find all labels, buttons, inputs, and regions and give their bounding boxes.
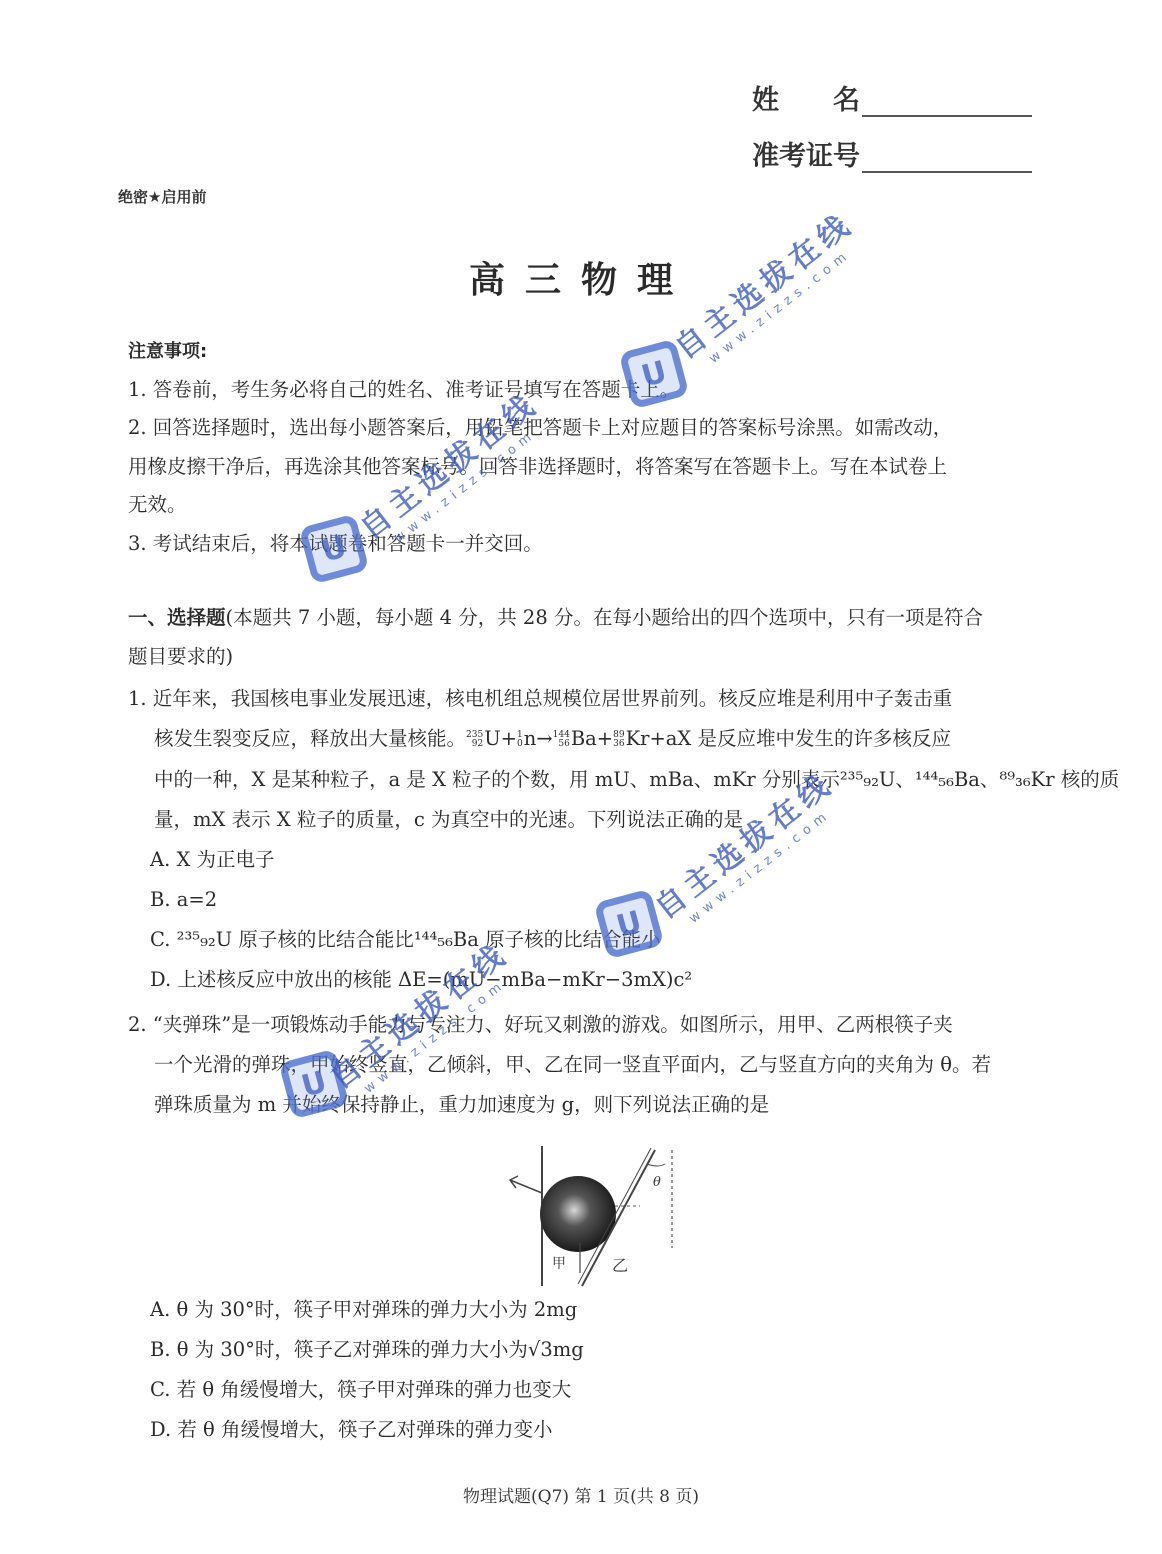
- notice-item-2-cont: 用橡皮擦干净后，再选涂其他答案标号。回答非选择题时，将答案写在答题卡上。写在本试…: [128, 455, 947, 479]
- notice-item-3: 3. 考试结束后，将本试题卷和答题卡一并交回。: [128, 532, 543, 556]
- marble: [540, 1176, 616, 1252]
- nuclide-ba: 14456: [553, 731, 570, 749]
- q1-stem-text: 核发生裂变反应，释放出大量核能。: [154, 727, 466, 750]
- label-jia: 甲: [552, 1256, 566, 1272]
- q2-option-d[interactable]: D. 若 θ 角缓慢增大，筷子乙对弹珠的弹力变小: [150, 1418, 552, 1442]
- nuclide-kr: 8936: [613, 731, 624, 749]
- q2-option-a[interactable]: A. θ 为 30°时，筷子甲对弹珠的弹力大小为 2mg: [150, 1298, 577, 1322]
- marble-chopsticks-figure: θ 甲 乙: [500, 1138, 690, 1288]
- notice-heading: 注意事项:: [128, 340, 207, 364]
- q2-stem-line-3: 弹珠质量为 m 并始终保持静止，重力加速度为 g，则下列说法正确的是: [154, 1093, 769, 1117]
- page-title: 高三物理: [0, 252, 1162, 303]
- arrow-icon: →: [536, 727, 552, 750]
- q2-stem-line-2: 一个光滑的弹珠，甲始终竖直，乙倾斜，甲、乙在同一竖直平面内，乙与竖直方向的夹角为…: [154, 1053, 991, 1077]
- q2-option-c[interactable]: C. 若 θ 角缓慢增大，筷子甲对弹珠的弹力也变大: [150, 1378, 571, 1402]
- secret-mark: 绝密★启用前: [118, 186, 206, 207]
- q1-stem-text-post: 是反应堆中发生的许多核反应: [691, 727, 951, 750]
- q1-stem-line-3: 中的一种，X 是某种粒子，a 是 X 粒子的个数，用 mU、mBa、mKr 分别…: [154, 768, 1119, 792]
- symbol-n: n: [524, 727, 537, 750]
- label-yi: 乙: [612, 1256, 628, 1275]
- q1-stem-line-2: 核发生裂变反应，释放出大量核能。23592U+10n→14456Ba+8936K…: [154, 727, 951, 751]
- q1-stem-line-4: 量，mX 表示 X 粒子的质量，c 为真空中的光速。下列说法正确的是: [154, 808, 743, 832]
- nuclide-u: 23592: [466, 731, 483, 749]
- notice-item-1: 1. 答卷前，考生务必将自己的姓名、准考证号填写在答题卡上。: [128, 378, 679, 402]
- label-theta: θ: [653, 1175, 661, 1190]
- equation-tail: +aX: [649, 727, 691, 750]
- q1-option-d[interactable]: D. 上述核反应中放出的核能 ΔE=(mU−mBa−mKr−3mX)c²: [150, 968, 692, 992]
- symbol-ba: Ba: [571, 727, 597, 750]
- section-heading: 一、选择题(本题共 7 小题，每小题 4 分，共 28 分。在每小题给出的四个选…: [128, 606, 983, 630]
- section-title: 一、选择题: [128, 606, 226, 629]
- exam-id-label: 准考证号: [752, 134, 860, 173]
- name-blank-line[interactable]: [862, 89, 1032, 117]
- q1-option-b[interactable]: B. a=2: [150, 888, 217, 912]
- q1-option-c[interactable]: C. ²³⁵₉₂U 原子核的比结合能比¹⁴⁴₅₆Ba 原子核的比结合能小: [150, 928, 661, 952]
- notice-item-2-end: 无效。: [128, 493, 187, 517]
- symbol-kr: Kr: [626, 727, 650, 750]
- q1-option-a[interactable]: A. X 为正电子: [150, 848, 275, 872]
- q2-stem-line-1: 2. “夹弹珠”是一项锻炼动手能力与专注力、好玩又刺激的游戏。如图所示，用甲、乙…: [128, 1013, 953, 1037]
- symbol-u: U: [484, 727, 500, 750]
- exam-id-blank-line[interactable]: [862, 145, 1032, 173]
- notice-item-2: 2. 回答选择题时，选出每小题答案后，用铅笔把答题卡上对应题目的答案标号涂黑。如…: [128, 416, 952, 440]
- exam-page: 姓 名 准考证号 绝密★启用前 高三物理 注意事项: 1. 答卷前，考生务必将自…: [0, 0, 1162, 1554]
- figure-svg: θ 甲 乙: [500, 1138, 690, 1288]
- name-label: 姓 名: [752, 78, 860, 117]
- page-footer: 物理试题(Q7) 第 1 页(共 8 页): [0, 1482, 1162, 1507]
- section-instructions-cont: 题目要求的): [128, 645, 233, 669]
- section-instructions: (本题共 7 小题，每小题 4 分，共 28 分。在每小题给出的四个选项中，只有…: [226, 606, 983, 629]
- exam-id-field[interactable]: 准考证号: [752, 134, 1032, 173]
- q1-stem-line-1: 1. 近年来，我国核电事业发展迅速，核电机组总规模位居世界前列。核反应堆是利用中…: [128, 687, 952, 711]
- q2-option-b[interactable]: B. θ 为 30°时，筷子乙对弹珠的弹力大小为√3mg: [150, 1338, 584, 1362]
- nuclide-n: 10: [517, 731, 523, 749]
- name-field[interactable]: 姓 名: [752, 78, 1032, 117]
